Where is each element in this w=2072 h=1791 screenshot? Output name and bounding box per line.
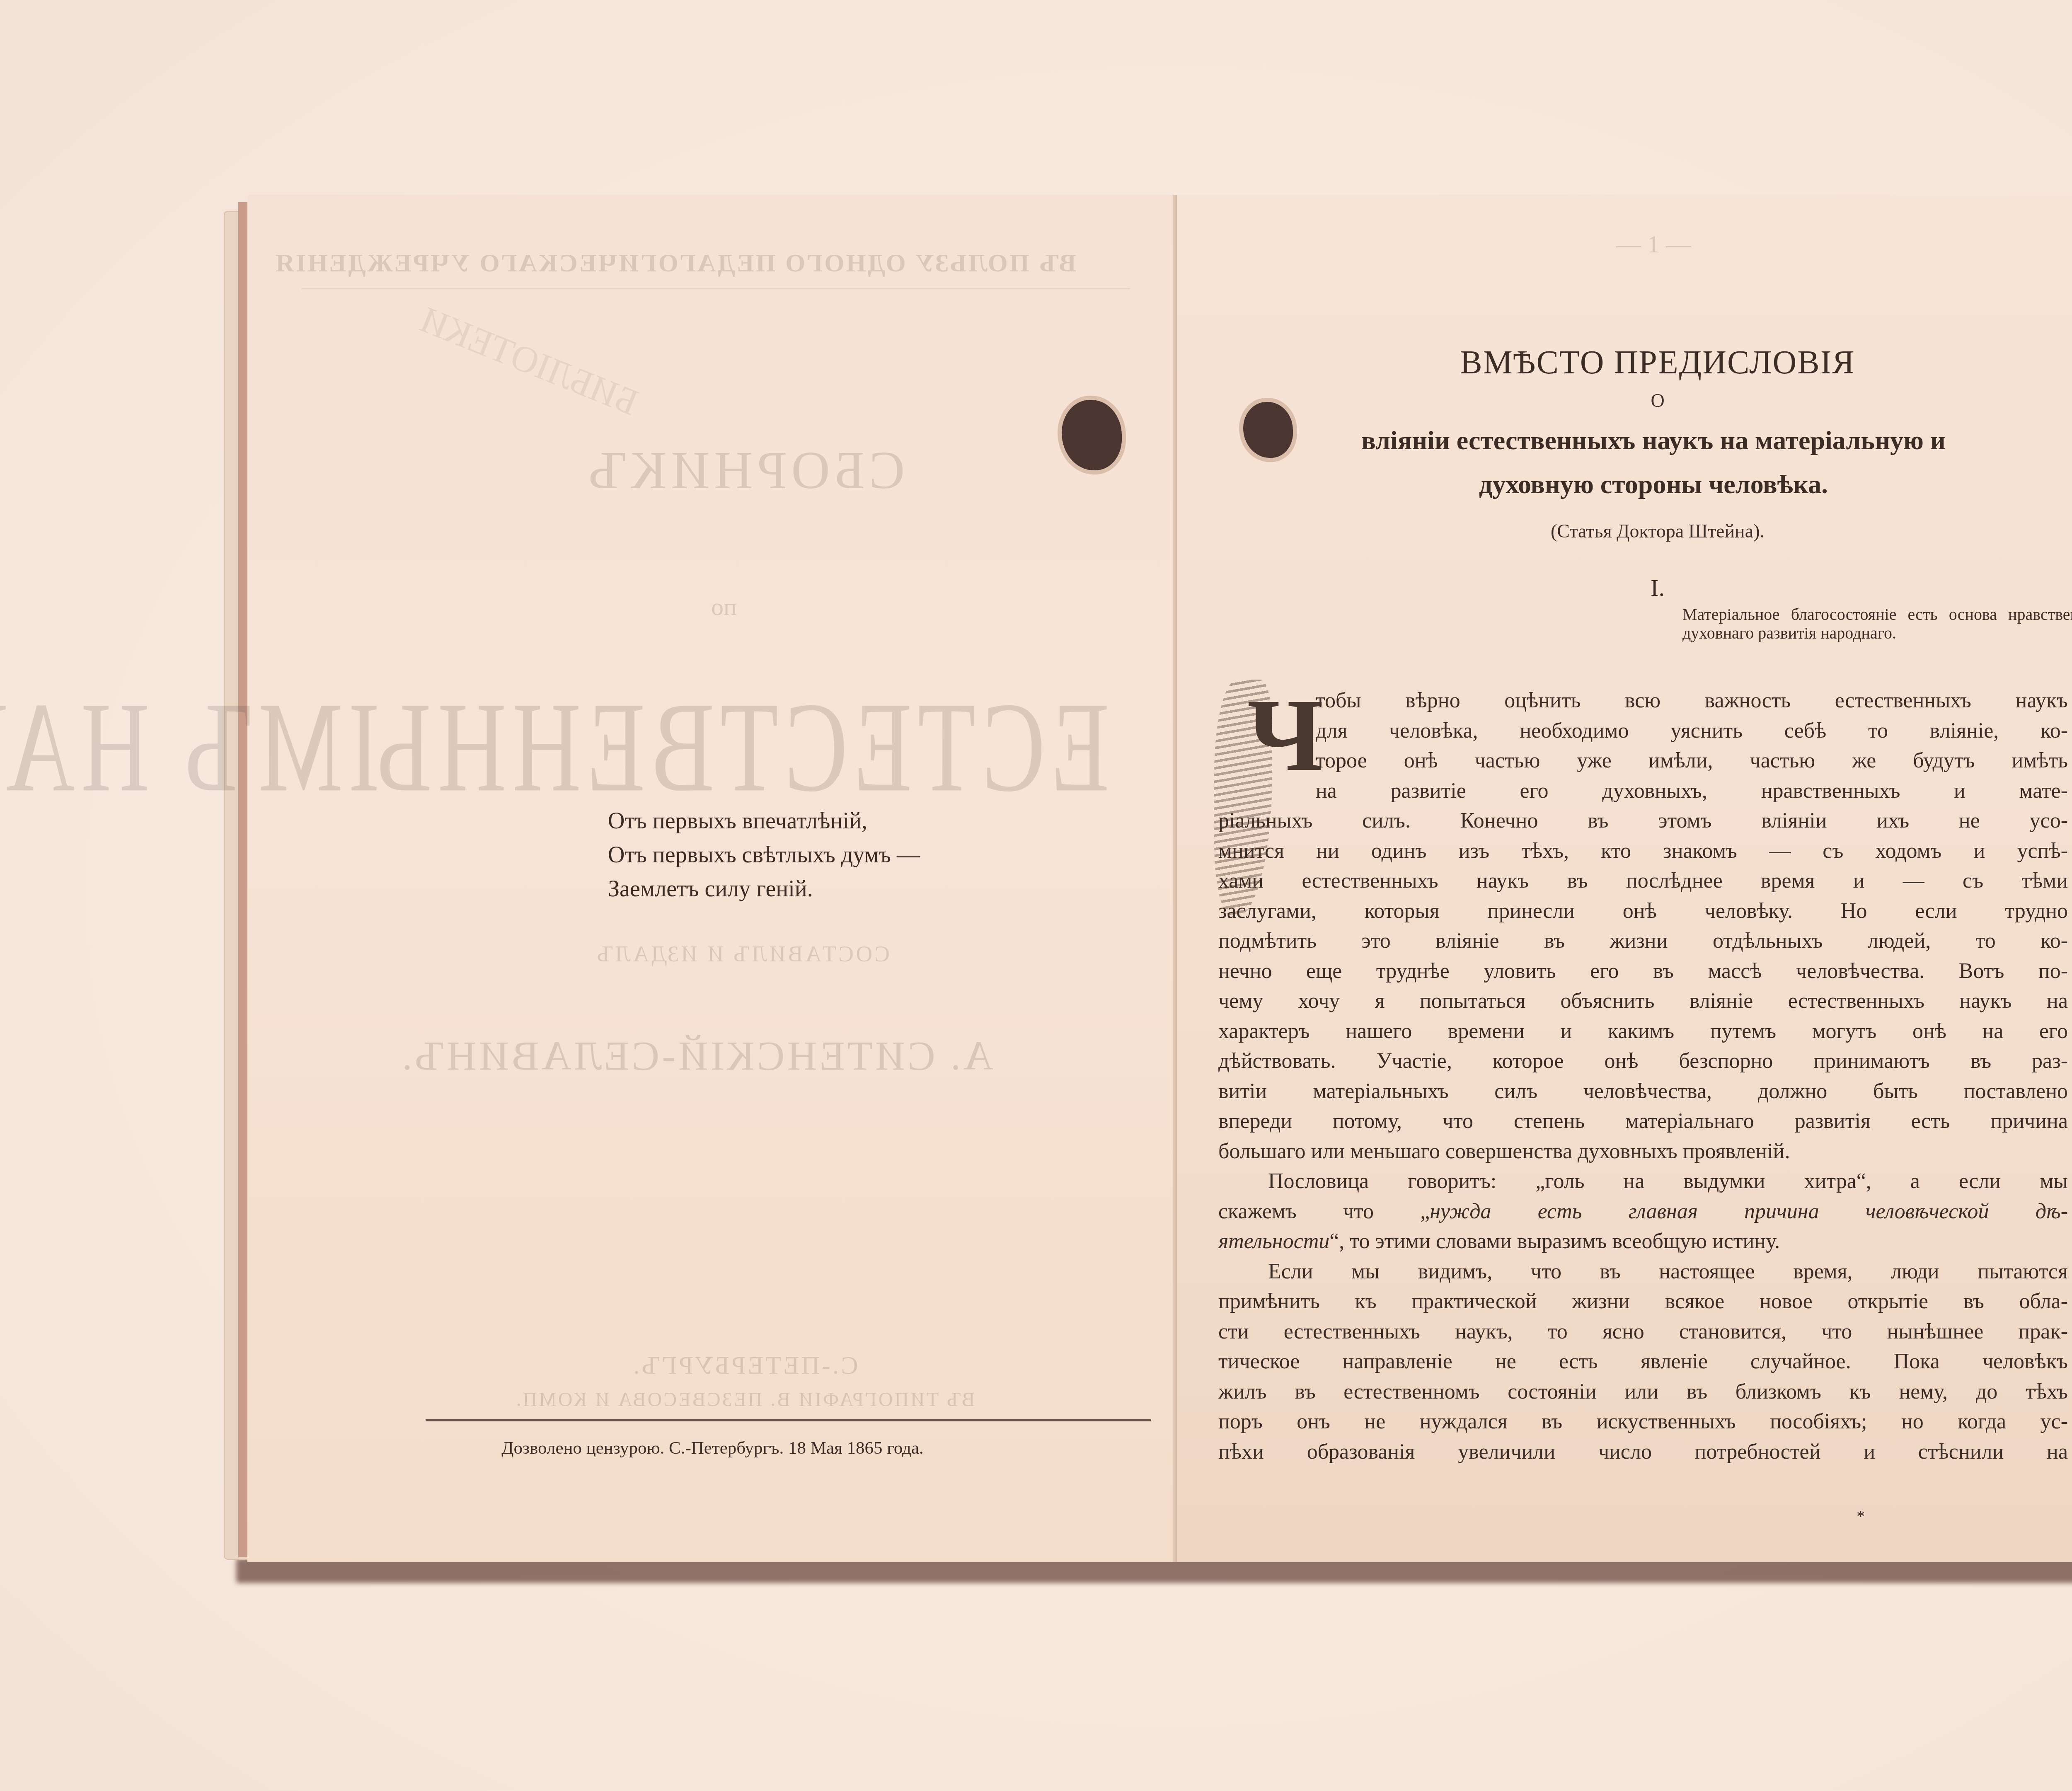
text-line: Пословица говоритъ: „голь на выдумки хит… xyxy=(1218,1167,2068,1197)
text-line: примѣнить къ практической жизни всякое н… xyxy=(1218,1287,2068,1317)
epigraph-line: Отъ первыхъ свѣтлыхъ думъ — xyxy=(608,838,920,872)
show-through-title-po: по xyxy=(662,593,786,621)
text-line: нечно еще труднѣе уловить его въ массѣ ч… xyxy=(1218,956,2068,987)
divider-rule xyxy=(426,1419,1151,1421)
subtitle-line: духовную стороны человѣка. xyxy=(1260,462,2047,506)
text-line: характеръ нашего времени и какимъ путемъ… xyxy=(1218,1017,2068,1047)
text-line: подмѣтить это вліяніе въ жизни отдѣльных… xyxy=(1218,926,2068,956)
epigraph: Отъ первыхъ впечатлѣній, Отъ первыхъ свѣ… xyxy=(608,804,920,906)
text-line: витіи матеріальныхъ силъ человѣчества, д… xyxy=(1218,1077,2068,1107)
text-line: торое онѣ частью уже имѣли, частью же бу… xyxy=(1218,746,2068,776)
chapter-heading: ВМѢСТО ПРЕДИСЛОВІЯ xyxy=(1351,344,1964,382)
cover-edge xyxy=(238,202,247,1557)
text-line: жилъ въ естественномъ состояніи или въ б… xyxy=(1218,1377,2068,1407)
open-book: ВЪ ПОЛЬЗУ ОДНОГО ПЕДАГОГИЧЕСКАГО УЧРЕЖДЕ… xyxy=(224,195,2072,1600)
chapter-subtitle: вліяніи естественныхъ наукъ на матеріаль… xyxy=(1260,419,2047,506)
ink-stain xyxy=(1062,400,1122,470)
text-line: дѣйствовать. Участіе, которое онѣ безспо… xyxy=(1218,1046,2068,1077)
text-line: ятельности“, то этими словами выразимъ в… xyxy=(1218,1227,2068,1257)
show-through-printer: ВЪ ТИПОГРАФІИ В. ПЕЗСВЕСОВА И КОМП. xyxy=(455,1388,1035,1411)
section-number: I. xyxy=(1351,574,1964,602)
show-through-library-stamp: БИБЛІОТЕКИ xyxy=(368,279,691,443)
text-line: чему хочу я попытаться объяснить вліяніе… xyxy=(1218,986,2068,1017)
epigraph-line: Отъ первыхъ впечатлѣній, xyxy=(608,804,920,838)
censor-note: Дозволено цензурою. С.-Петербургъ. 18 Ма… xyxy=(247,1438,1178,1458)
text-line: скажемъ что „нужда есть главная причина … xyxy=(1218,1197,2068,1227)
subtitle-line: вліяніи естественныхъ наукъ на матеріаль… xyxy=(1260,419,2047,462)
signature-mark: * xyxy=(1857,1506,1865,1526)
show-through-page-number: — 1 — xyxy=(1616,230,1691,259)
right-page: — 1 — ВМѢСТО ПРЕДИСЛОВІЯ О вліяніи естес… xyxy=(1177,195,2072,1562)
show-through-compiled: СОСТАВИЛЪ И ИЗДАЛЪ xyxy=(600,941,890,967)
show-through-title-main: ЕСТЕСТВЕННЫМЪ НАУКАМЪ. xyxy=(322,673,1109,821)
show-through-author: А. СИТЕНСКІЙ-СЕЛАВИНЪ. xyxy=(496,1032,993,1079)
text-line: тобы вѣрно оцѣнить всю важность естестве… xyxy=(1218,686,2068,716)
text-line: на развитіе его духовныхъ, нравственныхъ… xyxy=(1218,776,2068,806)
heading-connector: О xyxy=(1351,390,1964,411)
text-line: пѣхи образованія увеличили число потребн… xyxy=(1218,1437,2068,1467)
show-through-title: СБОРНИКЪ xyxy=(537,439,952,501)
text-line: тическое направленіе не есть явленіе слу… xyxy=(1218,1347,2068,1377)
show-through-rule xyxy=(301,288,1130,289)
side-note: Матеріальное благосостояніе есть основа … xyxy=(1682,605,2072,642)
show-through-city: С.-ПЕТЕРБУРГЪ. xyxy=(600,1351,890,1380)
text-line: ріальныхъ силъ. Конечно въ этомъ вліяніи… xyxy=(1218,806,2068,836)
text-line: мнится ни одинъ изъ тѣхъ, кто знакомъ — … xyxy=(1218,836,2068,866)
text-line: для человѣка, необходимо уяснить себѣ то… xyxy=(1218,716,2068,746)
text-line: Если мы видимъ, что въ настоящее время, … xyxy=(1218,1257,2068,1287)
text-line: большаго или меньшаго совершенства духов… xyxy=(1218,1137,2068,1167)
epigraph-line: Заемлетъ силу геній. xyxy=(608,872,920,906)
text-line: поръ онъ не нуждался въ искуственныхъ по… xyxy=(1218,1407,2068,1437)
byline: (Статья Доктора Штейна). xyxy=(1351,520,1964,542)
text-line: сти естественныхъ наукъ, то ясно станови… xyxy=(1218,1317,2068,1347)
left-page: ВЪ ПОЛЬЗУ ОДНОГО ПЕДАГОГИЧЕСКАГО УЧРЕЖДЕ… xyxy=(247,195,1178,1562)
show-through-header: ВЪ ПОЛЬЗУ ОДНОГО ПЕДАГОГИЧЕСКАГО УЧРЕЖДЕ… xyxy=(413,249,1076,278)
text-line: заслугами, которыя принесли онѣ человѣку… xyxy=(1218,896,2068,927)
text-line: хами естественныхъ наукъ въ послѣднее вр… xyxy=(1218,866,2068,896)
body-text: тобы вѣрно оцѣнить всю важность естестве… xyxy=(1218,686,2068,1467)
text-line: впереди потому, что степень матеріальнаг… xyxy=(1218,1106,2068,1137)
